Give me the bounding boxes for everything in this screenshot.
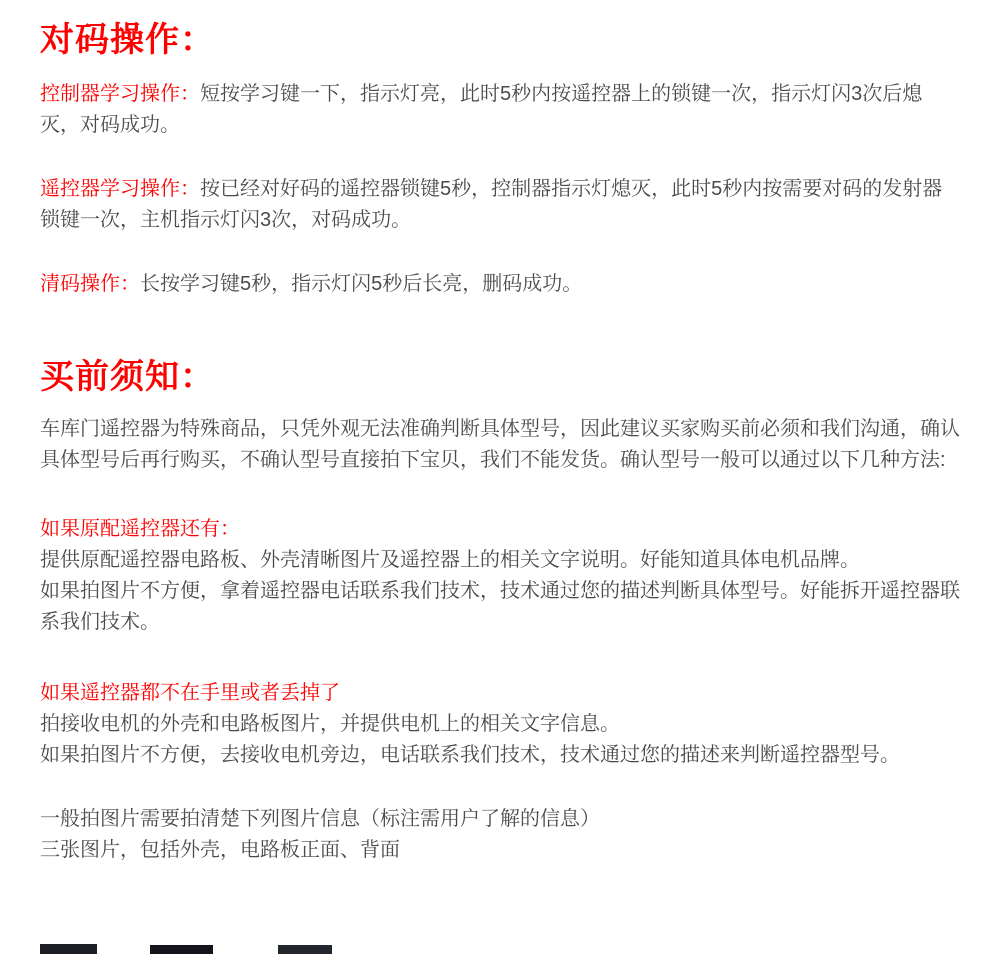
photo-thumbnail-2 (150, 945, 213, 954)
paragraph-clear-code: 清码操作：长按学习键5秒，指示灯闪5秒后长亮，删码成功。 (40, 269, 960, 300)
photo-thumbnail-1 (40, 944, 97, 954)
case-has-remote-line1: 提供原配遥控器电路板、外壳清晰图片及遥控器上的相关文字说明。好能知道具体电机品牌… (40, 545, 960, 576)
paragraph-remote-learning: 遥控器学习操作：按已经对好码的遥控器锁键5秒，控制器指示灯熄灭，此时5秒内按需要… (40, 174, 960, 236)
clear-code-text: 长按学习键5秒，指示灯闪5秒后长亮，删码成功。 (140, 273, 582, 295)
notice-section-heading: 买前须知： (40, 355, 960, 399)
clear-code-label: 清码操作： (40, 273, 140, 295)
case-has-remote-line2: 如果拍图片不方便，拿着遥控器电话联系我们技术，技术通过您的描述判断具体型号。好能… (40, 576, 960, 638)
photo-note-line1: 一般拍图片需要拍清楚下列图片信息（标注需用户了解的信息） (40, 804, 960, 835)
photo-requirements: 一般拍图片需要拍清楚下列图片信息（标注需用户了解的信息） 三张图片，包括外壳，电… (40, 804, 960, 866)
product-description-page: 对码操作： 控制器学习操作：短按学习键一下，指示灯亮，此时5秒内按遥控器上的锁键… (0, 0, 1000, 954)
photo-note-line2: 三张图片，包括外壳，电路板正面、背面 (40, 835, 960, 866)
case-no-remote-line2: 如果拍图片不方便，去接收电机旁边，电话联系我们技术，技术通过您的描述来判断遥控器… (40, 740, 960, 771)
photo-thumbnail-3 (278, 945, 332, 954)
controller-learning-label: 控制器学习操作： (40, 83, 200, 105)
pairing-section-heading: 对码操作： (40, 18, 960, 62)
case-no-remote-title: 如果遥控器都不在手里或者丢掉了 (40, 678, 960, 709)
remote-learning-label: 遥控器学习操作： (40, 178, 200, 200)
notice-intro: 车库门遥控器为特殊商品，只凭外观无法准确判断具体型号，因此建议买家购买前必须和我… (40, 414, 960, 476)
case-has-remote-title: 如果原配遥控器还有： (40, 514, 960, 545)
paragraph-controller-learning: 控制器学习操作：短按学习键一下，指示灯亮，此时5秒内按遥控器上的锁键一次，指示灯… (40, 79, 960, 141)
case-no-remote-line1: 拍接收电机的外壳和电路板图片，并提供电机上的相关文字信息。 (40, 709, 960, 740)
